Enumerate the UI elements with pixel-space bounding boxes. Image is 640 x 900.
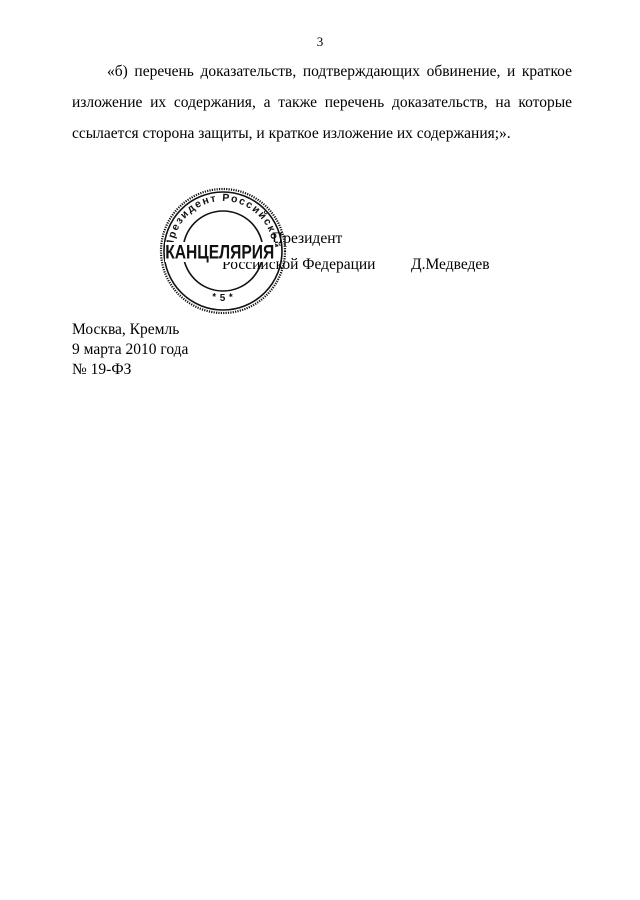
body-line-1: «б) перечень доказательств, подтверждающ…: [72, 56, 572, 87]
svg-text:КАНЦЕЛЯРИЯ: КАНЦЕЛЯРИЯ: [165, 241, 274, 263]
signature-name: Д.Медведев: [411, 256, 490, 274]
svg-text:* 5 *: * 5 *: [211, 292, 236, 304]
body-line-2: изложение их содержания, а также перечен…: [72, 87, 572, 118]
signing-date: 9 марта 2010 года: [72, 340, 188, 360]
body-paragraph: «б) перечень доказательств, подтверждающ…: [72, 56, 572, 149]
body-line-3: ссылается сторона защиты, и краткое изло…: [72, 118, 572, 149]
stamp-seal-icon: Президент Российской Фед * 5 * КАНЦЕЛЯРИ…: [159, 187, 287, 315]
signing-place: Москва, Кремль: [72, 320, 188, 340]
official-stamp: Президент Российской Фед * 5 * КАНЦЕЛЯРИ…: [159, 187, 287, 315]
law-number: № 19-ФЗ: [72, 360, 188, 380]
page-number: 3: [0, 34, 640, 50]
document-footer: Москва, Кремль 9 марта 2010 года № 19-ФЗ: [72, 320, 188, 380]
